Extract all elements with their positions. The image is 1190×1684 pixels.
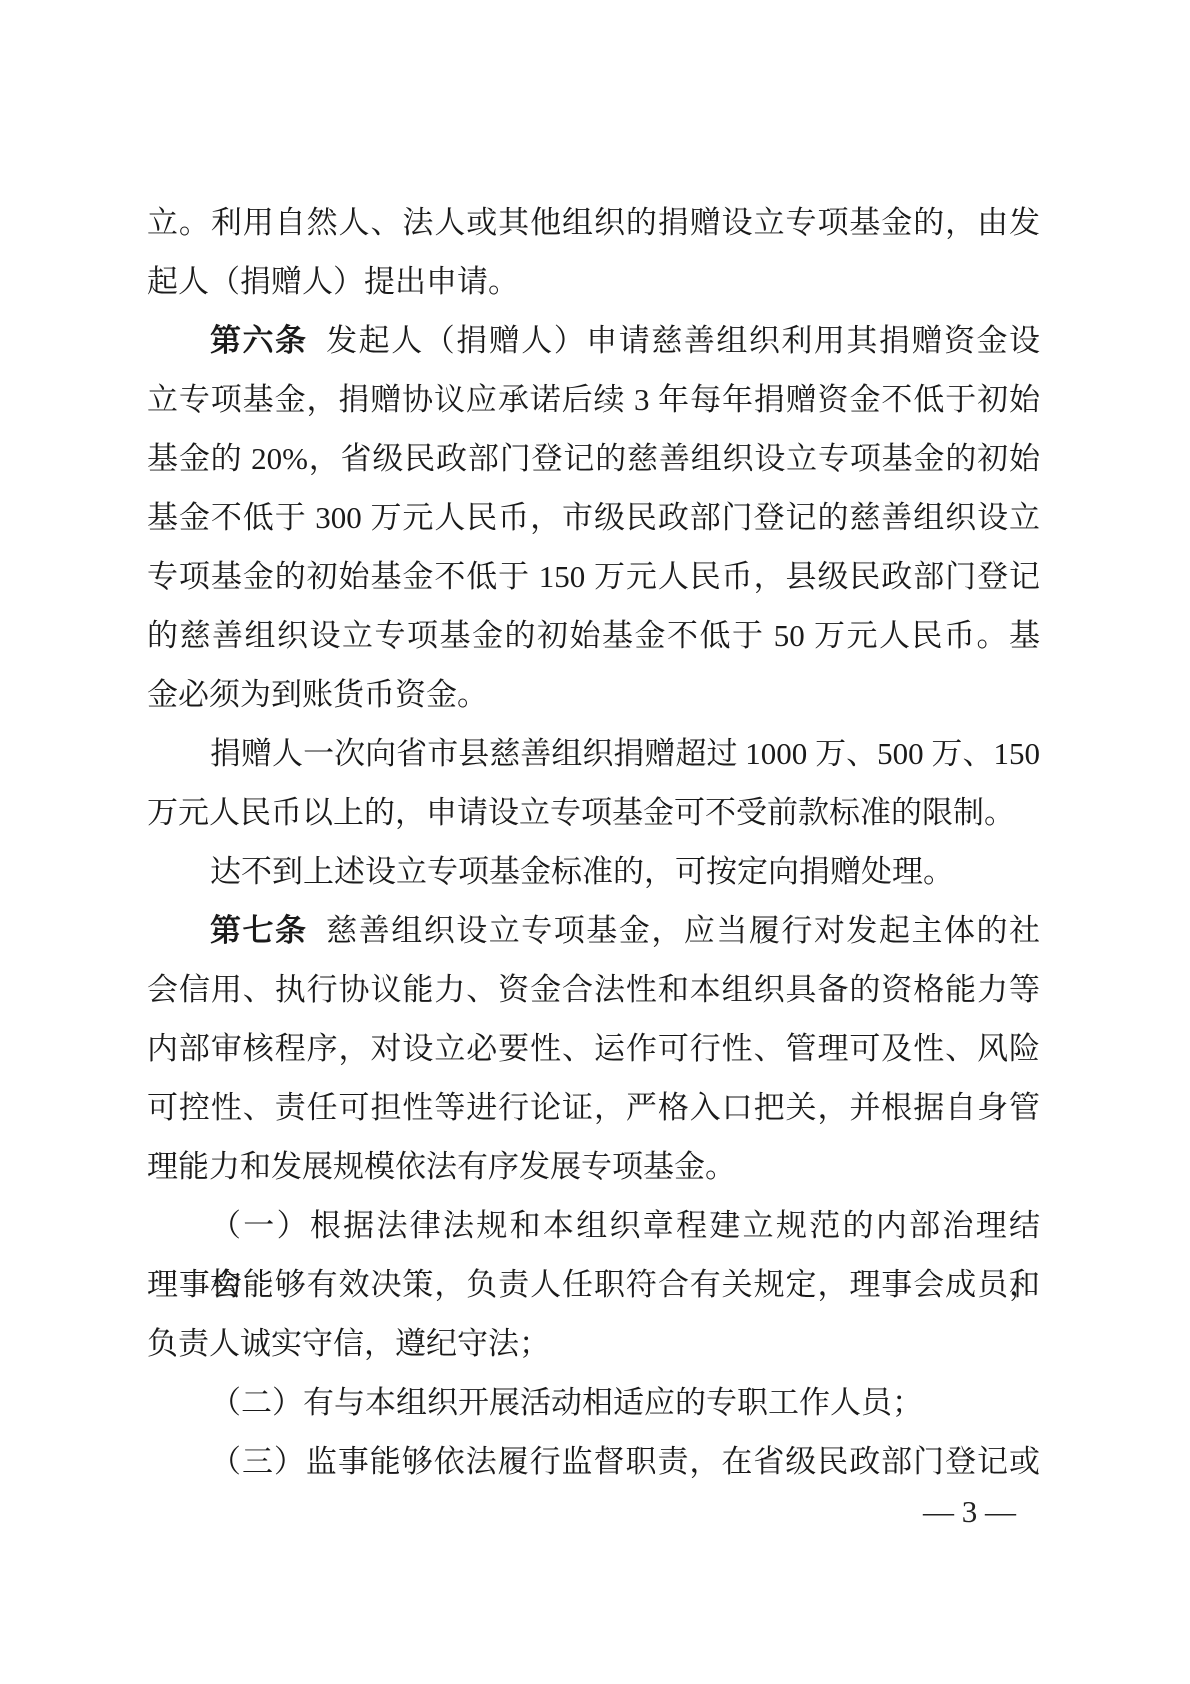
paragraph: 立。利用自然人、法人或其他组织的捐赠设立专项基金的，由发起人（捐赠人）提出申请。 <box>147 193 1040 311</box>
text-line: （二）有与本组织开展活动相适应的专职工作人员； <box>147 1373 1040 1432</box>
paragraph: 达不到上述设立专项基金标准的，可按定向捐赠处理。 <box>147 842 1040 901</box>
page-number: — 3 — <box>923 1494 1016 1529</box>
text-line: 达不到上述设立专项基金标准的，可按定向捐赠处理。 <box>147 842 1040 901</box>
text-line: 基金的 20%，省级民政部门登记的慈善组织设立专项基金的初始 <box>147 429 1040 488</box>
text-line: 立专项基金，捐赠协议应承诺后续 3 年每年捐赠资金不低于初始 <box>147 370 1040 429</box>
text-line: 金必须为到账货币资金。 <box>147 665 1040 724</box>
document-page: 立。利用自然人、法人或其他组织的捐赠设立专项基金的，由发起人（捐赠人）提出申请。… <box>0 0 1190 1684</box>
text-line: （三）监事能够依法履行监督职责，在省级民政部门登记或 <box>147 1432 1040 1491</box>
text-line: 专项基金的初始基金不低于 150 万元人民币，县级民政部门登记 <box>147 547 1040 606</box>
text-line: 万元人民币以上的，申请设立专项基金可不受前款标准的限制。 <box>147 783 1040 842</box>
line-text: 慈善组织设立专项基金，应当履行对发起主体的社 <box>326 913 1040 948</box>
text-line: 基金不低于 300 万元人民币，市级民政部门登记的慈善组织设立 <box>147 488 1040 547</box>
article-number: 第七条 <box>210 913 308 948</box>
document-body: 立。利用自然人、法人或其他组织的捐赠设立专项基金的，由发起人（捐赠人）提出申请。… <box>147 193 1040 1491</box>
article-number: 第六条 <box>210 323 308 358</box>
text-line: 可控性、责任可担性等进行论证，严格入口把关，并根据自身管 <box>147 1078 1040 1137</box>
text-line: 立。利用自然人、法人或其他组织的捐赠设立专项基金的，由发 <box>147 193 1040 252</box>
line-text: 发起人（捐赠人）申请慈善组织利用其捐赠资金设 <box>326 323 1040 358</box>
text-line: 内部审核程序，对设立必要性、运作可行性、管理可及性、风险 <box>147 1019 1040 1078</box>
text-line: 起人（捐赠人）提出申请。 <box>147 252 1040 311</box>
text-line: 会信用、执行协议能力、资金合法性和本组织具备的资格能力等 <box>147 960 1040 1019</box>
paragraph: （二）有与本组织开展活动相适应的专职工作人员； <box>147 1373 1040 1432</box>
text-line: 的慈善组织设立专项基金的初始基金不低于 50 万元人民币。基 <box>147 606 1040 665</box>
text-line: （一）根据法律法规和本组织章程建立规范的内部治理结构， <box>147 1196 1040 1255</box>
text-line: 第七条慈善组织设立专项基金，应当履行对发起主体的社 <box>147 901 1040 960</box>
page-footer: — 3 — <box>0 1492 1190 1532</box>
paragraph: 第六条发起人（捐赠人）申请慈善组织利用其捐赠资金设立专项基金，捐赠协议应承诺后续… <box>147 311 1040 724</box>
paragraph: （一）根据法律法规和本组织章程建立规范的内部治理结构，理事会能够有效决策，负责人… <box>147 1196 1040 1373</box>
paragraph: （三）监事能够依法履行监督职责，在省级民政部门登记或 <box>147 1432 1040 1491</box>
text-line: 理事会能够有效决策，负责人任职符合有关规定，理事会成员和 <box>147 1255 1040 1314</box>
paragraph: 第七条慈善组织设立专项基金，应当履行对发起主体的社会信用、执行协议能力、资金合法… <box>147 901 1040 1196</box>
text-line: 负责人诚实守信，遵纪守法； <box>147 1314 1040 1373</box>
text-line: 捐赠人一次向省市县慈善组织捐赠超过 1000 万、500 万、150 <box>147 724 1040 783</box>
text-line: 理能力和发展规模依法有序发展专项基金。 <box>147 1137 1040 1196</box>
paragraph: 捐赠人一次向省市县慈善组织捐赠超过 1000 万、500 万、150万元人民币以… <box>147 724 1040 842</box>
text-line: 第六条发起人（捐赠人）申请慈善组织利用其捐赠资金设 <box>147 311 1040 370</box>
